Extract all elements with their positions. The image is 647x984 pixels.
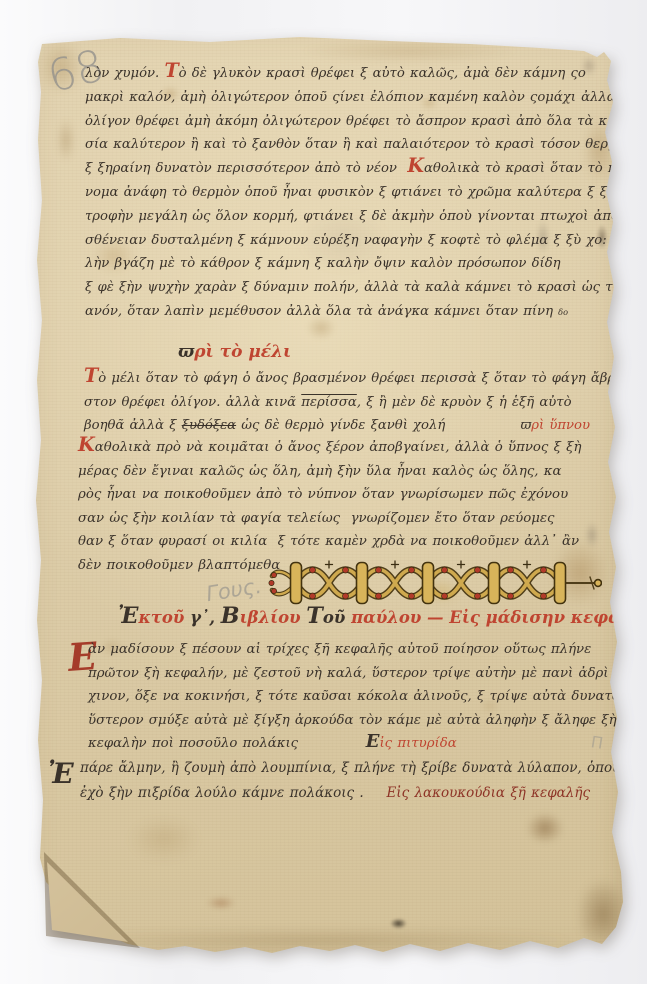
photographed-manuscript-page: 66 68 Γους. Π λὸν χυμόν. Τὸ δὲ γλυκὸν κρ… <box>0 0 647 984</box>
stain <box>576 878 630 950</box>
manuscript-line: Ἐκτοῦ γ᾽, Βιβλίου Τοῦ παύλου — Εἰς μάδισ… <box>118 608 578 627</box>
manuscript-line: στον θρέφει ὀλίγον. ἀλλὰ κινᾶ περίσσα, ξ… <box>84 395 590 419</box>
leaf-wrapper: 66 68 Γους. Π λὸν χυμόν. Τὸ δὲ γλυκὸν κρ… <box>0 0 647 984</box>
manuscript-line: βοηθᾶ ἀλλὰ ξ ξυδόξεα ὡς δὲ θερμὸ γίνδε ξ… <box>84 418 590 442</box>
stain <box>128 816 200 862</box>
manuscript-line: πρῶτον ξὴ κεφαλήν, μὲ ζεστοῦ νὴ καλά, ὕσ… <box>88 666 592 690</box>
text-block-on-baldness: ὰν μαδίσουν ξ πέσουν αἱ τρίχες ξῆ κεφαλῆ… <box>88 642 592 760</box>
stain <box>60 928 580 952</box>
manuscript-line: ϖρὶ τὸ μέλι <box>178 342 291 362</box>
stain <box>390 918 407 929</box>
manuscript-line: σθένειαν δυσταλμένη ξ κάμνουν εὑρέξη ναφ… <box>85 233 597 257</box>
manuscript-line: ἐχὸ ξὴν πιξρίδα λούλο κάμνε πολάκοις .Εἰ… <box>80 785 590 810</box>
manuscript-line: ξ φὲ ξὴν ψυχὴν χαρὰν ξ δύναμιν πολήν, ἀλ… <box>85 280 597 304</box>
manuscript-line: Καθολικὰ πρὸ νὰ κοιμᾶται ὁ ἄνος ξέρον ἀπ… <box>78 440 590 464</box>
text-block-on-wine: λὸν χυμόν. Τὸ δὲ γλυκὸν κρασὶ θρέφει ξ α… <box>85 66 597 328</box>
chapter-title: Ἐκτοῦ γ᾽, Βιβλίου Τοῦ παύλου — Εἰς μάδισ… <box>118 608 578 627</box>
manuscript-line: τροφὴν μεγάλη ὡς ὅλον κορμή, φτιάνει ξ δ… <box>85 209 597 233</box>
manuscript-line: ανόν, ὅταν λαπὶν μεμέθυσον ἀλλὰ ὅλα τὰ ἀ… <box>85 304 597 328</box>
stain <box>56 118 76 162</box>
manuscript-line: θαν ξ ὅταν φυρασί οι κιλία ξ τότε καμὲν … <box>78 534 590 558</box>
manuscript-line: κεφαλὴν ποὶ ποσοῦλο πολάκιςΕἰς πιτυρίδα <box>88 736 592 760</box>
manuscript-line: σαν ὡς ξὴν κοιλίαν τὰ φαγία τελείως γνωρ… <box>78 511 590 535</box>
dropcap-initial-dark: Ἐ <box>48 760 74 788</box>
manuscript-line: χινον, ὅξε να κοκινήσι, ξ τότε καῦσαι κό… <box>88 689 592 713</box>
manuscript-line: ξ ξηραίνη δυνατὸν περισσότερον ἀπὸ τὸ νέ… <box>85 161 597 185</box>
manuscript-line: Τὸ μέλι ὅταν τὸ φάγη ὁ ἄνος βρασμένον θρ… <box>84 371 590 395</box>
folio-number-small: 66 <box>46 23 68 38</box>
parchment-leaf: 66 68 Γους. Π λὸν χυμόν. Τὸ δὲ γλυκὸν κρ… <box>0 0 647 984</box>
manuscript-line: λὴν βγάζη μὲ τὸ κάθρον ξ κάμνη ξ καλὴν ὄ… <box>85 256 597 280</box>
manuscript-line: μέρας δὲν ἔγιναι καλῶς ὡς ὅλη, ἀμὴ ξὴν ὕ… <box>78 464 590 488</box>
manuscript-line: ρὸς ἦναι να ποικοθοῦμεν ἀπὸ τὸ νύπνον ὅτ… <box>78 487 590 511</box>
stain <box>206 896 236 910</box>
manuscript-line: ὰν μαδίσουν ξ πέσουν αἱ τρίχες ξῆ κεφαλῆ… <box>88 642 592 666</box>
text-block-on-honey: Τὸ μέλι ὅταν τὸ φάγη ὁ ἄνος βρασμένον θρ… <box>84 371 590 442</box>
manuscript-line: ὀλίγον θρέφει ἀμὴ ἀκόμη ὀλιγώτερον θρέφε… <box>85 114 597 138</box>
text-block-on-dandruff: πάρε ἄλμην, ἢ ζουμὴ ἀπὸ λουμπίνια, ξ πλή… <box>80 760 590 809</box>
manuscript-line: λὸν χυμόν. Τὸ δὲ γλυκὸν κρασὶ θρέφει ξ α… <box>85 66 597 90</box>
manuscript-line: σία καλύτερον ἢ καὶ τὸ ξανθὸν ὅταν ἢ καὶ… <box>85 137 597 161</box>
rubric-on-honey: ϖρὶ τὸ μέλι <box>178 342 291 362</box>
headpiece-ornament <box>268 560 602 606</box>
manuscript-line: μακρὶ καλόν, ἀμὴ ὀλιγώτερον ὁποῦ ςίνει ἐ… <box>85 90 597 114</box>
manuscript-line: ὕστερον σμύξε αὐτὰ μὲ ξίγξη ἀρκούδα τὸν … <box>88 713 592 737</box>
stain <box>300 38 520 64</box>
stain <box>526 812 564 844</box>
manuscript-line: πάρε ἄλμην, ἢ ζουμὴ ἀπὸ λουμπίνια, ξ πλή… <box>80 760 590 785</box>
manuscript-line: νομα ἀνάφη τὸ θερμὸν ὁποῦ ἦναι φυσικὸν ξ… <box>85 185 597 209</box>
